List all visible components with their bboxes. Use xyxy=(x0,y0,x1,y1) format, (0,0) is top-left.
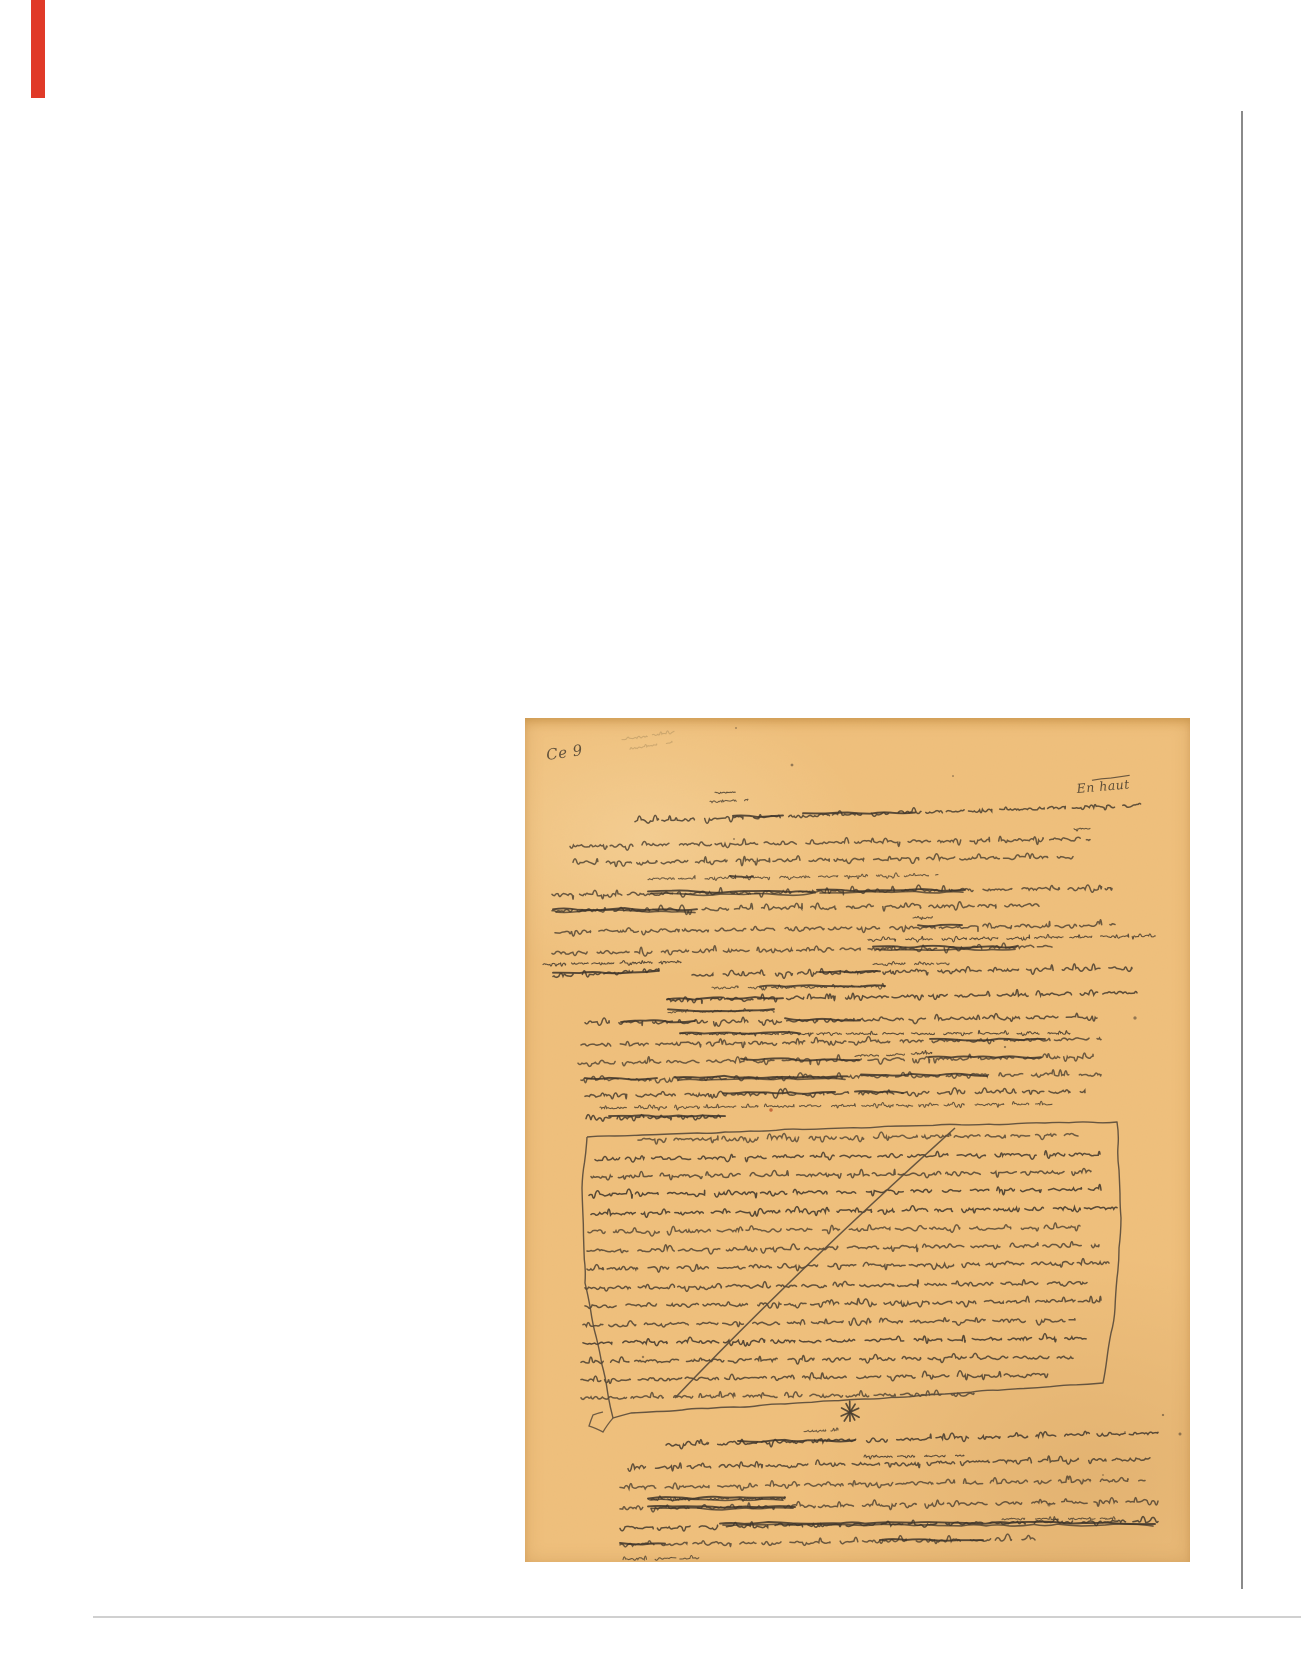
paper-texture xyxy=(525,718,1190,1562)
manuscript-scan: Ce 9 En haut xyxy=(525,718,1190,1562)
page-background: Ce 9 En haut xyxy=(0,0,1301,1672)
bottom-page-rule xyxy=(93,1616,1301,1618)
red-bookmark xyxy=(31,0,45,98)
right-page-rule xyxy=(1241,111,1243,1589)
handwriting-layer: Ce 9 En haut xyxy=(525,718,1190,1562)
